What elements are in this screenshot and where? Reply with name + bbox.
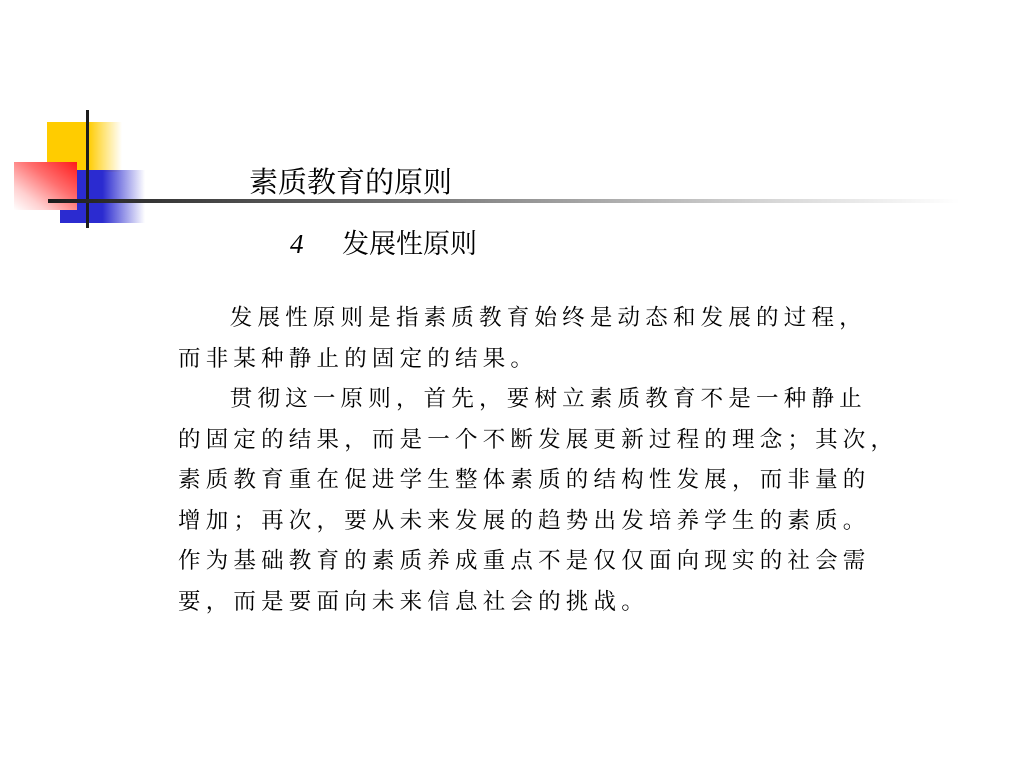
- paragraph-line: 作为基础教育的素质养成重点不是仅仅面向现实的社会需: [178, 541, 898, 582]
- slide: 素质教育的原则 4发展性原则 发展性原则是指素质教育始终是动态和发展的过程， 而…: [0, 0, 1024, 768]
- section-heading-text: 发展性原则: [342, 229, 477, 260]
- section-number: 4: [290, 229, 342, 260]
- paragraph-2: 贯彻这一原则，首先，要树立素质教育不是一种静止: [178, 379, 898, 420]
- paragraph-1: 发展性原则是指素质教育始终是动态和发展的过程，: [178, 298, 898, 339]
- vertical-line-decoration: [86, 110, 89, 228]
- section-heading: 4发展性原则: [290, 222, 477, 261]
- slide-title: 素质教育的原则: [249, 160, 452, 201]
- title-underline-decoration: [48, 199, 960, 203]
- paragraph-line: 贯彻这一原则，首先，要树立素质教育不是一种静止: [178, 379, 898, 420]
- paragraph-line: 增加；再次，要从未来发展的趋势出发培养学生的素质。: [178, 501, 898, 542]
- paragraph-line: 素质教育重在促进学生整体素质的结构性发展，而非量的: [178, 460, 898, 501]
- paragraph-line: 而非某种静止的固定的结果。: [178, 339, 898, 380]
- paragraph-line: 的固定的结果，而是一个不断发展更新过程的理念；其次，: [178, 420, 898, 461]
- paragraph-line: 要，而是要面向未来信息社会的挑战。: [178, 582, 898, 623]
- paragraph-line: 发展性原则是指素质教育始终是动态和发展的过程，: [178, 298, 898, 339]
- body-text: 发展性原则是指素质教育始终是动态和发展的过程， 而非某种静止的固定的结果。 贯彻…: [178, 298, 898, 622]
